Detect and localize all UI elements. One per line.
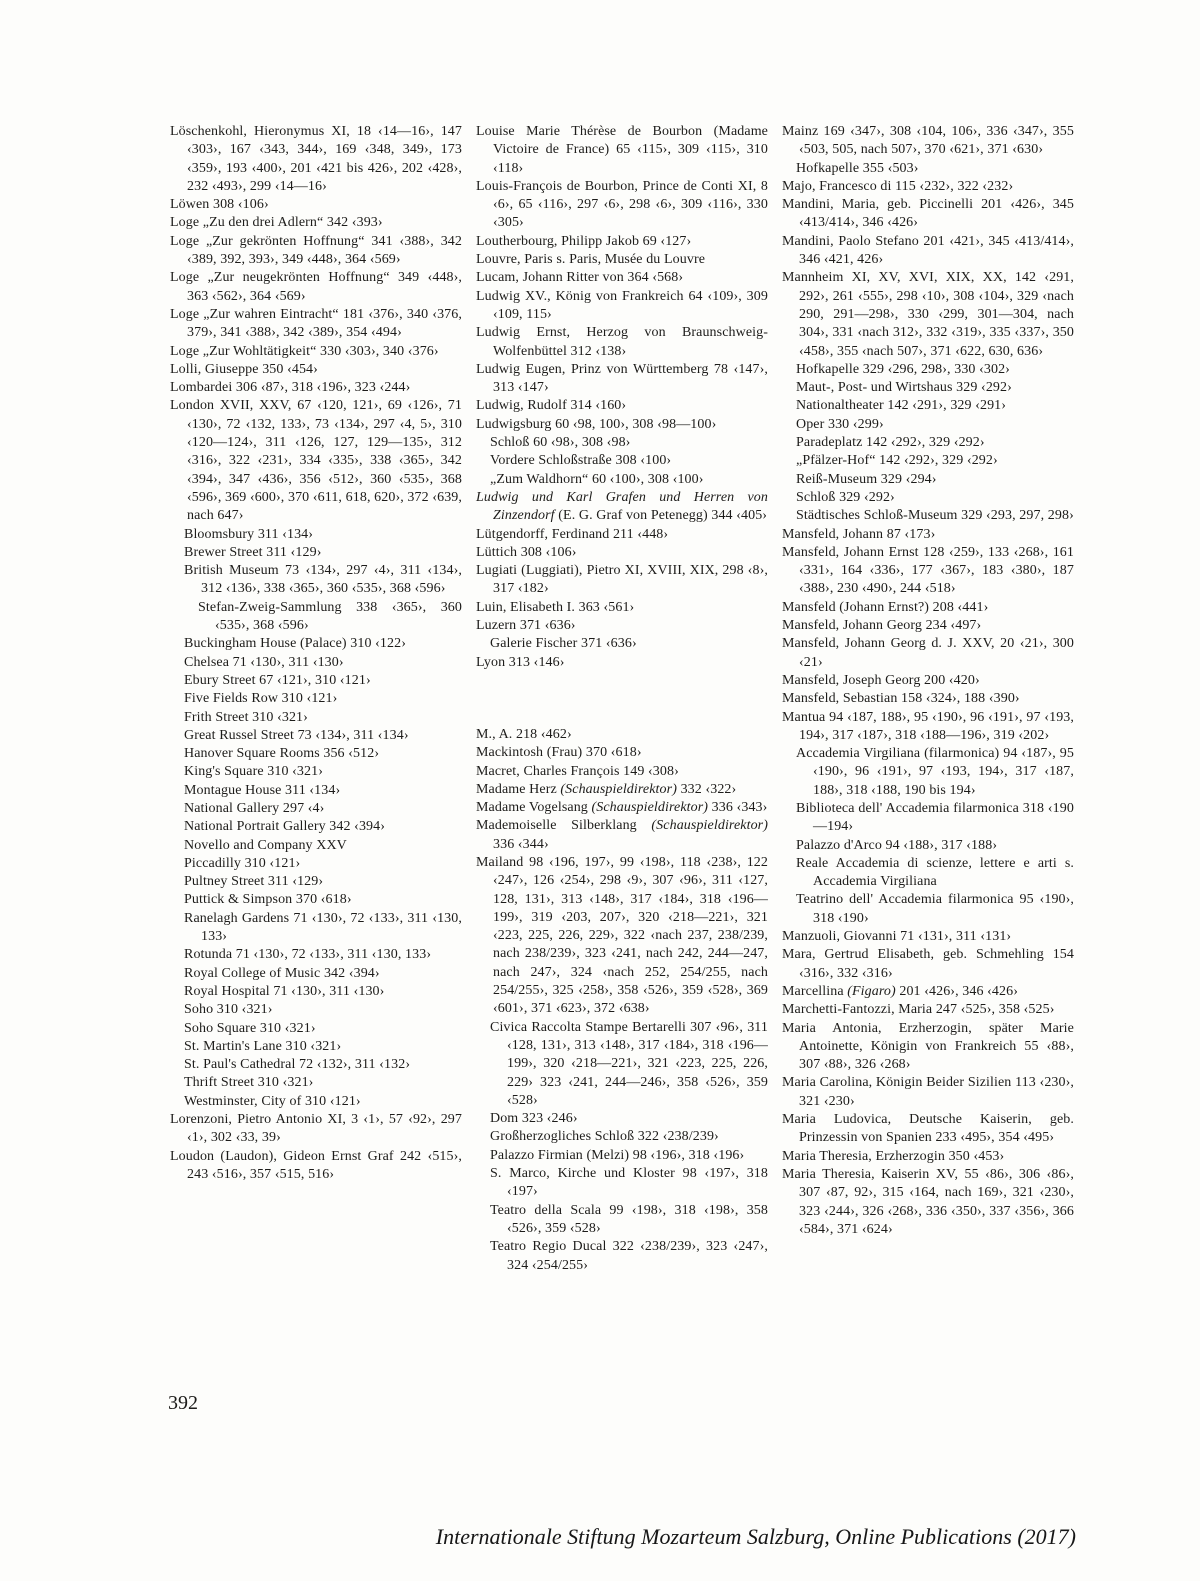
- index-entry: Maria Theresia, Erzherzogin 350 ‹453›: [782, 1148, 1074, 1166]
- index-entry: Teatro della Scala 99 ‹198›, 318 ‹198›, …: [490, 1202, 768, 1239]
- index-entry: Brewer Street 311 ‹129›: [184, 544, 462, 562]
- entry-text: Löwen 308 ‹106›: [170, 197, 269, 212]
- index-entry: Madame Herz (Schauspieldirektor) 332 ‹32…: [476, 781, 768, 799]
- entry-text: Piccadilly 310 ‹121›: [184, 856, 300, 871]
- index-entry: National Portrait Gallery 342 ‹394›: [184, 818, 462, 836]
- index-entry: Loudon (Laudon), Gideon Ernst Graf 242 ‹…: [170, 1148, 462, 1185]
- entry-text: Lombardei 306 ‹87›, 318 ‹196›, 323 ‹244›: [170, 380, 410, 395]
- entry-text: Teatro Regio Ducal 322 ‹238/239›, 323 ‹2…: [490, 1239, 768, 1272]
- entry-text: „Zum Waldhorn“ 60 ‹100›, 308 ‹100›: [490, 472, 704, 487]
- entry-text: Maria Antonia, Erzherzogin, später Marie…: [782, 1021, 1074, 1073]
- index-entry: Louise Marie Thérèse de Bourbon (Madame …: [476, 123, 768, 178]
- index-columns: Löschenkohl, Hieronymus XI, 18 ‹14—16›, …: [170, 123, 1074, 1275]
- index-entry: Luin, Elisabeth I. 363 ‹561›: [476, 599, 768, 617]
- index-entry: Mara, Gertrud Elisabeth, geb. Schmehling…: [782, 946, 1074, 983]
- index-entry: Loge „Zu den drei Adlern“ 342 ‹393›: [170, 214, 462, 232]
- entry-text: King's Square 310 ‹321›: [184, 764, 323, 779]
- entry-text: Ranelagh Gardens 71 ‹130›, 72 ‹133›, 311…: [184, 911, 462, 944]
- entry-text: Hanover Square Rooms 356 ‹512›: [184, 746, 379, 761]
- entry-text: Louis-François de Bourbon, Prince de Con…: [476, 179, 768, 231]
- entry-text-italic: (Schauspieldirektor): [651, 818, 768, 833]
- footer-imprint: Internationale Stiftung Mozarteum Salzbu…: [0, 1524, 1076, 1550]
- index-entry: King's Square 310 ‹321›: [184, 763, 462, 781]
- index-entry: Ludwig XV., König von Frankreich 64 ‹109…: [476, 288, 768, 325]
- index-entry: „Zum Waldhorn“ 60 ‹100›, 308 ‹100›: [490, 471, 768, 489]
- entry-text-italic: (Schauspieldirektor): [592, 800, 709, 815]
- entry-text: Mailand 98 ‹196, 197›, 99 ‹198›, 118 ‹23…: [476, 855, 768, 1016]
- entry-text: Marcellina: [782, 984, 847, 999]
- entry-text: Loutherbourg, Philipp Jakob 69 ‹127›: [476, 234, 691, 249]
- entry-text: Loge „Zu den drei Adlern“ 342 ‹393›: [170, 215, 383, 230]
- entry-text: Soho Square 310 ‹321›: [184, 1021, 316, 1036]
- entry-text-italic: (Schauspieldirektor): [560, 782, 677, 797]
- entry-text: 201 ‹426›, 346 ‹426›: [896, 984, 1018, 999]
- index-entry: Chelsea 71 ‹130›, 311 ‹130›: [184, 654, 462, 672]
- entry-text: M., A. 218 ‹462›: [476, 727, 572, 742]
- index-entry: Ludwig und Karl Grafen und Herren von Zi…: [476, 489, 768, 526]
- entry-text-italic: (Figaro): [847, 984, 896, 999]
- index-entry: „Pfälzer-Hof“ 142 ‹292›, 329 ‹292›: [796, 452, 1074, 470]
- index-entry: Manzuoli, Giovanni 71 ‹131›, 311 ‹131›: [782, 928, 1074, 946]
- index-entry: Stefan-Zweig-Sammlung 338 ‹365›, 360 ‹53…: [198, 599, 462, 636]
- entry-text: Mansfeld, Johann 87 ‹173›: [782, 527, 935, 542]
- entry-text: Frith Street 310 ‹321›: [184, 710, 308, 725]
- entry-text: St. Paul's Cathedral 72 ‹132›, 311 ‹132›: [184, 1057, 410, 1072]
- entry-text: Lugiati (Luggiati), Pietro XI, XVIII, XI…: [476, 563, 768, 596]
- index-entry: Schloß 329 ‹292›: [796, 489, 1074, 507]
- entry-text: Macret, Charles François 149 ‹308›: [476, 764, 679, 779]
- entry-text: Ludwig, Rudolf 314 ‹160›: [476, 398, 626, 413]
- entry-text: Galerie Fischer 371 ‹636›: [490, 636, 637, 651]
- entry-text: Loge „Zur neugekrönten Hoffnung“ 349 ‹44…: [170, 270, 462, 303]
- index-entry: Maria Antonia, Erzherzogin, später Marie…: [782, 1020, 1074, 1075]
- index-entry: National Gallery 297 ‹4›: [184, 800, 462, 818]
- index-entry: Teatrino dell' Accademia filarmonica 95 …: [796, 891, 1074, 928]
- entry-text: Oper 330 ‹299›: [796, 417, 884, 432]
- index-entry: Löwen 308 ‹106›: [170, 196, 462, 214]
- index-entry: Lugiati (Luggiati), Pietro XI, XVIII, XI…: [476, 562, 768, 599]
- entry-text: Mansfeld, Johann Ernst 128 ‹259›, 133 ‹2…: [782, 545, 1074, 597]
- index-entry: Hofkapelle 329 ‹296, 298›, 330 ‹302›: [796, 361, 1074, 379]
- index-entry: Maria Carolina, Königin Beider Sizilien …: [782, 1074, 1074, 1111]
- index-entry: Vordere Schloßstraße 308 ‹100›: [490, 452, 768, 470]
- entry-text: Mademoiselle Silberklang: [476, 818, 651, 833]
- entry-text: Loudon (Laudon), Gideon Ernst Graf 242 ‹…: [170, 1149, 462, 1182]
- page-number: 392: [168, 1392, 198, 1415]
- entry-text: Great Russel Street 73 ‹134›, 311 ‹134›: [184, 728, 409, 743]
- index-entry: Mansfeld, Johann 87 ‹173›: [782, 526, 1074, 544]
- index-entry: Madame Vogelsang (Schauspieldirektor) 33…: [476, 799, 768, 817]
- index-entry: Royal Hospital 71 ‹130›, 311 ‹130›: [184, 983, 462, 1001]
- entry-text: Luzern 371 ‹636›: [476, 618, 576, 633]
- entry-text: Ebury Street 67 ‹121›, 310 ‹121›: [184, 673, 371, 688]
- index-entry: Reiß-Museum 329 ‹294›: [796, 471, 1074, 489]
- index-entry: Ludwigsburg 60 ‹98, 100›, 308 ‹98—100›: [476, 416, 768, 434]
- entry-text: Schloß 60 ‹98›, 308 ‹98›: [490, 435, 630, 450]
- entry-text: Royal Hospital 71 ‹130›, 311 ‹130›: [184, 984, 384, 999]
- index-entry: Novello and Company XXV: [184, 837, 462, 855]
- entry-text: Mantua 94 ‹187, 188›, 95 ‹190›, 96 ‹191›…: [782, 710, 1074, 743]
- entry-text: Luin, Elisabeth I. 363 ‹561›: [476, 600, 634, 615]
- index-entry: Ebury Street 67 ‹121›, 310 ‹121›: [184, 672, 462, 690]
- index-entry: Mainz 169 ‹347›, 308 ‹104, 106›, 336 ‹34…: [782, 123, 1074, 160]
- entry-text: Bloomsbury 311 ‹134›: [184, 527, 313, 542]
- entry-text: Loge „Zur gekrönten Hoffnung“ 341 ‹388›,…: [170, 234, 462, 267]
- entry-text: 336 ‹344›: [493, 837, 549, 852]
- index-entry: British Museum 73 ‹134›, 297 ‹4›, 311 ‹1…: [184, 562, 462, 599]
- entry-text: Manzuoli, Giovanni 71 ‹131›, 311 ‹131›: [782, 929, 1011, 944]
- index-entry: Ludwig, Rudolf 314 ‹160›: [476, 397, 768, 415]
- index-entry: M., A. 218 ‹462›: [476, 726, 768, 744]
- index-entry: Soho Square 310 ‹321›: [184, 1020, 462, 1038]
- index-entry: Maut-, Post- und Wirtshaus 329 ‹292›: [796, 379, 1074, 397]
- entry-text: Schloß 329 ‹292›: [796, 490, 895, 505]
- entry-text: Lüttich 308 ‹106›: [476, 545, 576, 560]
- entry-text: Majo, Francesco di 115 ‹232›, 322 ‹232›: [782, 179, 1013, 194]
- index-entry: Hanover Square Rooms 356 ‹512›: [184, 745, 462, 763]
- entry-text: Mansfeld, Johann Georg d. J. XXV, 20 ‹21…: [782, 636, 1074, 669]
- entry-text: Reale Accademia di scienze, lettere e ar…: [796, 856, 1074, 889]
- entry-text: Marchetti-Fantozzi, Maria 247 ‹525›, 358…: [782, 1002, 1054, 1017]
- index-entry: Nationaltheater 142 ‹291›, 329 ‹291›: [796, 397, 1074, 415]
- index-entry: Marcellina (Figaro) 201 ‹426›, 346 ‹426›: [782, 983, 1074, 1001]
- index-entry: Palazzo d'Arco 94 ‹188›, 317 ‹188›: [796, 837, 1074, 855]
- entry-text: Vordere Schloßstraße 308 ‹100›: [490, 453, 671, 468]
- entry-text: Teatro della Scala 99 ‹198›, 318 ‹198›, …: [490, 1203, 768, 1236]
- index-entry: Mansfeld, Sebastian 158 ‹324›, 188 ‹390›: [782, 690, 1074, 708]
- index-entry: Hofkapelle 355 ‹503›: [796, 160, 1074, 178]
- entry-text: Reiß-Museum 329 ‹294›: [796, 472, 937, 487]
- index-entry: Macret, Charles François 149 ‹308›: [476, 763, 768, 781]
- entry-text: Accademia Virgiliana (filarmonica) 94 ‹1…: [796, 746, 1074, 798]
- index-entry: Städtisches Schloß-Museum 329 ‹293, 297,…: [796, 507, 1074, 525]
- index-entry: Montague House 311 ‹134›: [184, 782, 462, 800]
- entry-text: Royal College of Music 342 ‹394›: [184, 966, 380, 981]
- entry-text: Mara, Gertrud Elisabeth, geb. Schmehling…: [782, 947, 1074, 980]
- index-entry: Mantua 94 ‹187, 188›, 95 ‹190›, 96 ‹191›…: [782, 709, 1074, 746]
- entry-text: Rotunda 71 ‹130›, 72 ‹133›, 311 ‹130, 13…: [184, 947, 431, 962]
- entry-text: Nationaltheater 142 ‹291›, 329 ‹291›: [796, 398, 1006, 413]
- entry-text: Puttick & Simpson 370 ‹618›: [184, 892, 352, 907]
- entry-text: Maut-, Post- und Wirtshaus 329 ‹292›: [796, 380, 1012, 395]
- index-entry: Paradeplatz 142 ‹292›, 329 ‹292›: [796, 434, 1074, 452]
- index-page: Löschenkohl, Hieronymus XI, 18 ‹14—16›, …: [0, 0, 1200, 1581]
- index-entry: Mansfeld, Johann Georg 234 ‹497›: [782, 617, 1074, 635]
- index-entry: Mannheim XI, XV, XVI, XIX, XX, 142 ‹291,…: [782, 269, 1074, 360]
- index-entry: Schloß 60 ‹98›, 308 ‹98›: [490, 434, 768, 452]
- entry-text: 332 ‹322›: [677, 782, 736, 797]
- index-column-1: Löschenkohl, Hieronymus XI, 18 ‹14—16›, …: [170, 123, 462, 1275]
- index-entry: Mackintosh (Frau) 370 ‹618›: [476, 744, 768, 762]
- entry-text: Stefan-Zweig-Sammlung 338 ‹365›, 360 ‹53…: [198, 600, 462, 633]
- index-entry: Ranelagh Gardens 71 ‹130›, 72 ‹133›, 311…: [184, 910, 462, 947]
- index-entry: Lucam, Johann Ritter von 364 ‹568›: [476, 269, 768, 287]
- index-entry: Bloomsbury 311 ‹134›: [184, 526, 462, 544]
- index-entry: Soho 310 ‹321›: [184, 1001, 462, 1019]
- index-entry: Mademoiselle Silberklang (Schauspieldire…: [476, 817, 768, 854]
- index-entry: Großherzogliches Schloß 322 ‹238/239›: [490, 1128, 768, 1146]
- entry-text: Mansfeld, Joseph Georg 200 ‹420›: [782, 673, 980, 688]
- index-entry: Luzern 371 ‹636›: [476, 617, 768, 635]
- index-entry: Mansfeld (Johann Ernst?) 208 ‹441›: [782, 599, 1074, 617]
- index-entry: Mansfeld, Joseph Georg 200 ‹420›: [782, 672, 1074, 690]
- index-entry: Lyon 313 ‹146›: [476, 654, 768, 672]
- entry-text: Mandini, Paolo Stefano 201 ‹421›, 345 ‹4…: [782, 234, 1074, 267]
- entry-text: Maria Carolina, Königin Beider Sizilien …: [782, 1075, 1074, 1108]
- index-entry: Great Russel Street 73 ‹134›, 311 ‹134›: [184, 727, 462, 745]
- entry-text: Lucam, Johann Ritter von 364 ‹568›: [476, 270, 683, 285]
- entry-text: National Gallery 297 ‹4›: [184, 801, 324, 816]
- entry-text: Westminster, City of 310 ‹121›: [184, 1094, 361, 1109]
- entry-text: Lorenzoni, Pietro Antonio XI, 3 ‹1›, 57 …: [170, 1112, 462, 1145]
- index-entry: Five Fields Row 310 ‹121›: [184, 690, 462, 708]
- entry-text: (E. G. Graf von Petenegg) 344 ‹405›: [555, 508, 767, 523]
- index-entry: Maria Theresia, Kaiserin XV, 55 ‹86›, 30…: [782, 1166, 1074, 1239]
- index-entry: Galerie Fischer 371 ‹636›: [490, 635, 768, 653]
- entry-text: British Museum 73 ‹134›, 297 ‹4›, 311 ‹1…: [184, 563, 462, 596]
- entry-text: Loge „Zur Wohltätigkeit“ 330 ‹303›, 340 …: [170, 344, 439, 359]
- entry-text: Soho 310 ‹321›: [184, 1002, 273, 1017]
- entry-text: Mansfeld, Sebastian 158 ‹324›, 188 ‹390›: [782, 691, 1020, 706]
- entry-text: Mandini, Maria, geb. Piccinelli 201 ‹426…: [782, 197, 1074, 230]
- entry-text: Pultney Street 311 ‹129›: [184, 874, 323, 889]
- entry-text: Lyon 313 ‹146›: [476, 655, 565, 670]
- entry-text: Louise Marie Thérèse de Bourbon (Madame …: [476, 124, 768, 176]
- entry-text: Madame Vogelsang: [476, 800, 592, 815]
- entry-text: Hofkapelle 329 ‹296, 298›, 330 ‹302›: [796, 362, 1010, 377]
- index-entry: Mailand 98 ‹196, 197›, 99 ‹198›, 118 ‹23…: [476, 854, 768, 1019]
- index-entry: Loutherbourg, Philipp Jakob 69 ‹127›: [476, 233, 768, 251]
- index-entry: Piccadilly 310 ‹121›: [184, 855, 462, 873]
- index-entry: Thrift Street 310 ‹321›: [184, 1074, 462, 1092]
- entry-text: Civica Raccolta Stampe Bertarelli 307 ‹9…: [490, 1020, 768, 1108]
- entry-text: Ludwigsburg 60 ‹98, 100›, 308 ‹98—100›: [476, 417, 716, 432]
- index-entry: Dom 323 ‹246›: [490, 1110, 768, 1128]
- entry-text: Chelsea 71 ‹130›, 311 ‹130›: [184, 655, 344, 670]
- index-entry: Mandini, Paolo Stefano 201 ‹421›, 345 ‹4…: [782, 233, 1074, 270]
- entry-text: St. Martin's Lane 310 ‹321›: [184, 1039, 341, 1054]
- index-entry: Loge „Zur neugekrönten Hoffnung“ 349 ‹44…: [170, 269, 462, 306]
- index-entry: Louvre, Paris s. Paris, Musée du Louvre: [476, 251, 768, 269]
- index-entry: Majo, Francesco di 115 ‹232›, 322 ‹232›: [782, 178, 1074, 196]
- index-column-3: Mainz 169 ‹347›, 308 ‹104, 106›, 336 ‹34…: [782, 123, 1074, 1275]
- entry-text: Dom 323 ‹246›: [490, 1111, 578, 1126]
- index-entry: Lolli, Giuseppe 350 ‹454›: [170, 361, 462, 379]
- index-entry: Palazzo Firmian (Melzi) 98 ‹196›, 318 ‹1…: [490, 1147, 768, 1165]
- index-entry: Maria Ludovica, Deutsche Kaiserin, geb. …: [782, 1111, 1074, 1148]
- entry-text: London XVII, XXV, 67 ‹120, 121›, 69 ‹126…: [170, 398, 462, 523]
- index-entry: Marchetti-Fantozzi, Maria 247 ‹525›, 358…: [782, 1001, 1074, 1019]
- index-entry: Löschenkohl, Hieronymus XI, 18 ‹14—16›, …: [170, 123, 462, 196]
- entry-text: Mackintosh (Frau) 370 ‹618›: [476, 745, 642, 760]
- index-entry: Civica Raccolta Stampe Bertarelli 307 ‹9…: [490, 1019, 768, 1110]
- index-entry: Lorenzoni, Pietro Antonio XI, 3 ‹1›, 57 …: [170, 1111, 462, 1148]
- index-entry: Loge „Zur wahren Eintracht“ 181 ‹376›, 3…: [170, 306, 462, 343]
- entry-text: Palazzo Firmian (Melzi) 98 ‹196›, 318 ‹1…: [490, 1148, 744, 1163]
- entry-text: S. Marco, Kirche und Kloster 98 ‹197›, 3…: [490, 1166, 768, 1199]
- entry-text: Ludwig XV., König von Frankreich 64 ‹109…: [476, 289, 768, 322]
- index-entry: Royal College of Music 342 ‹394›: [184, 965, 462, 983]
- index-entry: Pultney Street 311 ‹129›: [184, 873, 462, 891]
- entry-text: Loge „Zur wahren Eintracht“ 181 ‹376›, 3…: [170, 307, 462, 340]
- index-entry: Buckingham House (Palace) 310 ‹122›: [184, 635, 462, 653]
- entry-text: Thrift Street 310 ‹321›: [184, 1075, 313, 1090]
- entry-text: Ludwig Eugen, Prinz von Württemberg 78 ‹…: [476, 362, 768, 395]
- index-entry: Loge „Zur Wohltätigkeit“ 330 ‹303›, 340 …: [170, 343, 462, 361]
- index-entry: St. Martin's Lane 310 ‹321›: [184, 1038, 462, 1056]
- entry-text: Mansfeld, Johann Georg 234 ‹497›: [782, 618, 981, 633]
- entry-text: Louvre, Paris s. Paris, Musée du Louvre: [476, 252, 705, 267]
- index-entry: Rotunda 71 ‹130›, 72 ‹133›, 311 ‹130, 13…: [184, 946, 462, 964]
- index-entry: St. Paul's Cathedral 72 ‹132›, 311 ‹132›: [184, 1056, 462, 1074]
- entry-text: Novello and Company XXV: [184, 838, 347, 853]
- entry-text: „Pfälzer-Hof“ 142 ‹292›, 329 ‹292›: [796, 453, 998, 468]
- entry-text: Ludwig Ernst, Herzog von Braunschweig-Wo…: [476, 325, 768, 358]
- index-entry: Mansfeld, Johann Ernst 128 ‹259›, 133 ‹2…: [782, 544, 1074, 599]
- index-entry: Reale Accademia di scienze, lettere e ar…: [796, 855, 1074, 892]
- index-entry: S. Marco, Kirche und Kloster 98 ‹197›, 3…: [490, 1165, 768, 1202]
- index-entry: London XVII, XXV, 67 ‹120, 121›, 69 ‹126…: [170, 397, 462, 525]
- entry-text: 336 ‹343›: [708, 800, 767, 815]
- entry-text: National Portrait Gallery 342 ‹394›: [184, 819, 385, 834]
- index-entry: Accademia Virgiliana (filarmonica) 94 ‹1…: [796, 745, 1074, 800]
- index-entry: Westminster, City of 310 ‹121›: [184, 1093, 462, 1111]
- entry-text: Palazzo d'Arco 94 ‹188›, 317 ‹188›: [796, 838, 997, 853]
- index-entry: Biblioteca dell' Accademia filarmonica 3…: [796, 800, 1074, 837]
- index-column-2: Louise Marie Thérèse de Bourbon (Madame …: [476, 123, 768, 1275]
- entry-text: Lütgendorff, Ferdinand 211 ‹448›: [476, 527, 668, 542]
- index-entry: Puttick & Simpson 370 ‹618›: [184, 891, 462, 909]
- entry-text: Löschenkohl, Hieronymus XI, 18 ‹14—16›, …: [170, 124, 462, 194]
- entry-text: Madame Herz: [476, 782, 560, 797]
- entry-text: Maria Theresia, Kaiserin XV, 55 ‹86›, 30…: [782, 1167, 1074, 1237]
- entry-text: Brewer Street 311 ‹129›: [184, 545, 321, 560]
- entry-text: Hofkapelle 355 ‹503›: [796, 161, 919, 176]
- entry-text: Teatrino dell' Accademia filarmonica 95 …: [796, 892, 1074, 925]
- entry-text: Montague House 311 ‹134›: [184, 783, 340, 798]
- entry-text: Buckingham House (Palace) 310 ‹122›: [184, 636, 406, 651]
- index-entry: Ludwig Eugen, Prinz von Württemberg 78 ‹…: [476, 361, 768, 398]
- index-entry: Teatro Regio Ducal 322 ‹238/239›, 323 ‹2…: [490, 1238, 768, 1275]
- entry-text: Maria Theresia, Erzherzogin 350 ‹453›: [782, 1149, 1004, 1164]
- index-entry: Loge „Zur gekrönten Hoffnung“ 341 ‹388›,…: [170, 233, 462, 270]
- index-entry: Lüttich 308 ‹106›: [476, 544, 768, 562]
- index-entry: Louis-François de Bourbon, Prince de Con…: [476, 178, 768, 233]
- index-entry: Lütgendorff, Ferdinand 211 ‹448›: [476, 526, 768, 544]
- entry-text: Mainz 169 ‹347›, 308 ‹104, 106›, 336 ‹34…: [782, 124, 1074, 157]
- index-entry: Frith Street 310 ‹321›: [184, 709, 462, 727]
- entry-text: Biblioteca dell' Accademia filarmonica 3…: [796, 801, 1074, 834]
- entry-text: Mansfeld (Johann Ernst?) 208 ‹441›: [782, 600, 988, 615]
- entry-text: Mannheim XI, XV, XVI, XIX, XX, 142 ‹291,…: [782, 270, 1074, 358]
- entry-text: Städtisches Schloß-Museum 329 ‹293, 297,…: [796, 508, 1074, 523]
- entry-text: Maria Ludovica, Deutsche Kaiserin, geb. …: [782, 1112, 1074, 1145]
- entry-text: Paradeplatz 142 ‹292›, 329 ‹292›: [796, 435, 985, 450]
- index-entry: Mansfeld, Johann Georg d. J. XXV, 20 ‹21…: [782, 635, 1074, 672]
- index-entry: Oper 330 ‹299›: [796, 416, 1074, 434]
- entry-text: Five Fields Row 310 ‹121›: [184, 691, 337, 706]
- index-entry: Mandini, Maria, geb. Piccinelli 201 ‹426…: [782, 196, 1074, 233]
- index-entry: Lombardei 306 ‹87›, 318 ‹196›, 323 ‹244›: [170, 379, 462, 397]
- section-gap: [476, 672, 768, 726]
- entry-text: Lolli, Giuseppe 350 ‹454›: [170, 362, 318, 377]
- index-entry: Ludwig Ernst, Herzog von Braunschweig-Wo…: [476, 324, 768, 361]
- entry-text: Großherzogliches Schloß 322 ‹238/239›: [490, 1129, 719, 1144]
